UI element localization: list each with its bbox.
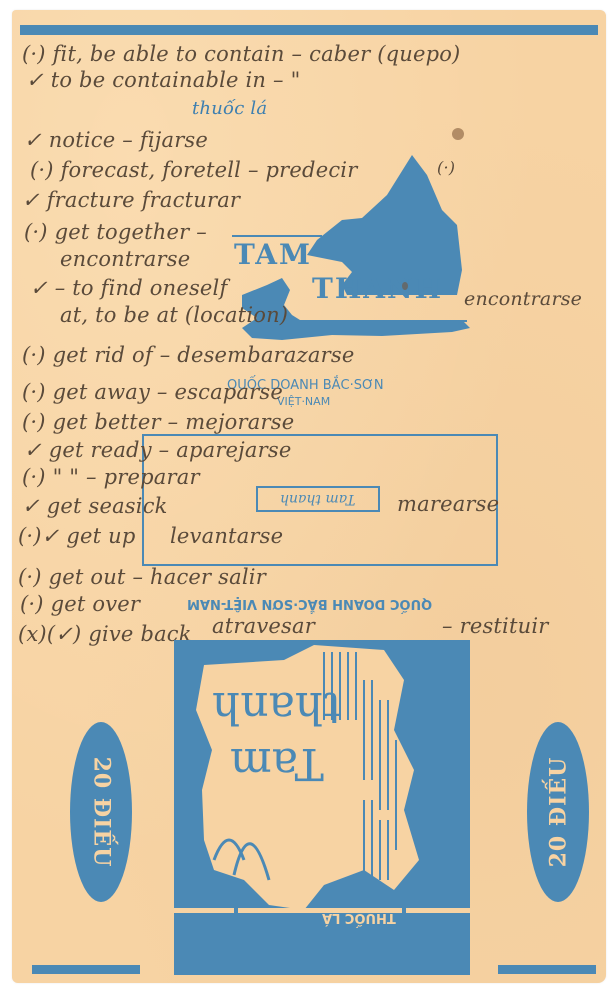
stain-mark — [452, 128, 464, 140]
count-label-right: 20 ĐIẾU — [545, 757, 571, 868]
handwritten-line-16: (·) get out – hacer salir — [18, 565, 266, 589]
handwritten-line-18: (x)(✓) give back — [18, 622, 192, 646]
handwritten-line-8: at, to be at (location) — [60, 303, 288, 327]
bottom-left-print-bar — [32, 965, 140, 974]
maker-name-upside-down: QUỐC DOANH BẮC·SƠN VIỆT-NAM — [187, 596, 432, 611]
handwritten-line-2: ✓ to be containable in – " — [26, 68, 300, 92]
bottom-right-print-bar — [498, 965, 596, 974]
handwritten-line-10: (·) get away – escaparse — [22, 380, 283, 404]
handwritten-line-8-spanish: encontrarse — [464, 288, 582, 310]
small-brand-label: Tam thanh — [280, 491, 355, 507]
handwritten-line-12: ✓ get ready – aparejarse — [24, 438, 291, 462]
handwritten-line-13: (·) " " – preparar — [22, 465, 200, 489]
count-label-left: 20 ĐIẾU — [88, 757, 114, 868]
count-badge-left: 20 ĐIẾU — [70, 722, 132, 902]
handwritten-line-5: ✓ fracture fracturar — [22, 188, 240, 212]
small-label-frame: Tam thanh — [256, 486, 380, 512]
maker-country: VIỆT·NAM — [277, 395, 330, 408]
handwritten-line-6: (·) get together – — [24, 220, 207, 244]
handwritten-line-7: ✓ – to find oneself — [30, 276, 227, 300]
handwritten-line-18-spanish: – restituir — [442, 614, 549, 638]
handwritten-line-17: (·) get over — [20, 592, 140, 616]
cigarette-wrapper-paper: (·) fit, be able to contain – caber (que… — [12, 10, 606, 983]
handwritten-line-11: (·) get better – mejorarse — [22, 410, 294, 434]
count-badge-right: 20 ĐIẾU — [527, 722, 589, 902]
handwritten-line-3: ✓ notice – fijarse — [24, 128, 208, 152]
handwritten-line-15-spanish: levantarse — [170, 524, 283, 548]
top-print-bar — [20, 25, 598, 35]
handwritten-line-15: (·)✓ get up — [18, 524, 136, 548]
handwritten-blue-note: thuốc lá — [192, 98, 267, 119]
handwritten-line-9: (·) get rid of – desembarazarse — [22, 343, 354, 367]
handwritten-line-1: (·) fit, be able to contain – caber (que… — [22, 42, 460, 66]
brand-title-tam: TAM — [234, 238, 312, 271]
handwritten-line-14: ✓ get seasick — [22, 494, 168, 518]
brand-title-thanh: THANH — [312, 272, 443, 305]
panel-caption: THUỐC LÁ — [322, 910, 396, 925]
stain-mark — [402, 282, 408, 290]
handwritten-line-17-spanish: atravesar — [212, 614, 315, 638]
handwritten-line-6-spanish: encontrarse — [60, 247, 190, 271]
panel-title-thanh: thanh — [212, 682, 341, 733]
panel-title-tam: Tam — [230, 738, 324, 789]
handwritten-line-14-spanish: marearse — [397, 492, 499, 516]
